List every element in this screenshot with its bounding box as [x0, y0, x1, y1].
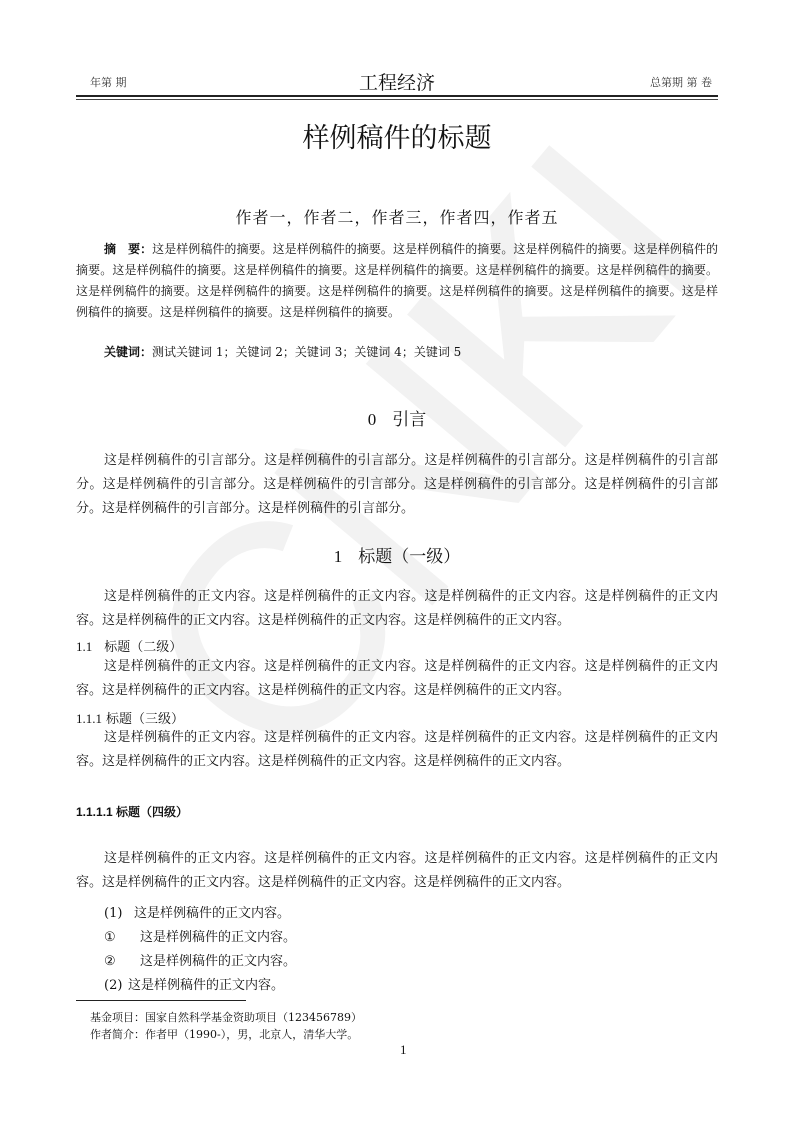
section-heading-1: 1标题（一级）: [0, 542, 794, 567]
keywords-text: 测试关键词 1；关键词 2；关键词 3；关键词 4；关键词 5: [152, 345, 461, 359]
section-title: 引言: [392, 410, 426, 430]
section-1-paragraph: 这是样例稿件的正文内容。这是样例稿件的正文内容。这是样例稿件的正文内容。这是样例…: [76, 585, 718, 633]
section-number: 1.1: [76, 639, 92, 654]
footnote-funding: 基金项目：国家自然科学基金资助项目（123456789）: [90, 1009, 362, 1025]
section-heading-intro: 0引言: [0, 405, 794, 430]
paper-title: 样例稿件的标题: [0, 116, 794, 155]
list-marker: ①: [104, 930, 140, 945]
section-title: 标题（四级）: [116, 805, 188, 819]
section-number: 0: [368, 410, 377, 429]
section-heading-1-1: 1.1标题（二级）: [76, 636, 182, 655]
page-number: 1: [400, 1042, 407, 1058]
list-marker: (2): [104, 978, 128, 993]
volume-info: 总第期 第 卷: [650, 74, 712, 90]
list-item: (2)这是样例稿件的正文内容。: [104, 974, 284, 993]
abstract-text: 这是样例稿件的摘要。这是样例稿件的摘要。这是样例稿件的摘要。这是样例稿件的摘要。…: [76, 242, 718, 319]
keywords: 关键词：测试关键词 1；关键词 2；关键词 3；关键词 4；关键词 5: [104, 343, 461, 360]
section-1-1-1-1-paragraph: 这是样例稿件的正文内容。这是样例稿件的正文内容。这是样例稿件的正文内容。这是样例…: [76, 847, 718, 895]
section-title: 标题（一级）: [358, 547, 460, 567]
list-text: 这是样例稿件的正文内容。: [128, 978, 284, 993]
keywords-label: 关键词：: [104, 345, 152, 359]
paper-page: 年第 期 工程经济 总第期 第 卷 样例稿件的标题 作者一，作者二，作者三，作者…: [0, 0, 794, 1123]
list-marker: ②: [104, 954, 140, 969]
journal-name: 工程经济: [76, 68, 718, 95]
abstract-label: 摘 要：: [76, 242, 152, 256]
list-marker: (1): [104, 906, 134, 921]
author-list: 作者一，作者二，作者三，作者四，作者五: [0, 205, 794, 228]
list-text: 这是样例稿件的正文内容。: [140, 930, 296, 945]
list-text: 这是样例稿件的正文内容。: [140, 954, 296, 969]
list-text: 这是样例稿件的正文内容。: [134, 906, 290, 921]
header-rule: [76, 95, 718, 100]
intro-paragraph: 这是样例稿件的引言部分。这是样例稿件的引言部分。这是样例稿件的引言部分。这是样例…: [76, 449, 718, 521]
running-header: 年第 期 工程经济 总第期 第 卷: [76, 68, 718, 92]
list-item: (1)这是样例稿件的正文内容。: [104, 902, 290, 921]
list-item: ②这是样例稿件的正文内容。: [104, 950, 296, 969]
section-title: 标题（三级）: [106, 712, 184, 727]
section-heading-1-1-1-1: 1.1.1.1 标题（四级）: [76, 803, 188, 820]
section-number: 1.1.1.1: [76, 805, 113, 819]
footnote-rule: [76, 1000, 246, 1001]
section-number: 1: [334, 547, 343, 566]
section-heading-1-1-1: 1.1.1标题（三级）: [76, 708, 184, 727]
section-title: 标题（二级）: [104, 640, 182, 655]
section-1-1-paragraph: 这是样例稿件的正文内容。这是样例稿件的正文内容。这是样例稿件的正文内容。这是样例…: [76, 655, 718, 703]
section-number: 1.1.1: [76, 711, 102, 726]
list-item: ①这是样例稿件的正文内容。: [104, 926, 296, 945]
abstract: 摘 要：这是样例稿件的摘要。这是样例稿件的摘要。这是样例稿件的摘要。这是样例稿件…: [76, 239, 718, 323]
footnote-author-bio: 作者简介：作者甲（1990-），男，北京人，清华大学。: [90, 1026, 358, 1042]
section-1-1-1-paragraph: 这是样例稿件的正文内容。这是样例稿件的正文内容。这是样例稿件的正文内容。这是样例…: [76, 726, 718, 774]
